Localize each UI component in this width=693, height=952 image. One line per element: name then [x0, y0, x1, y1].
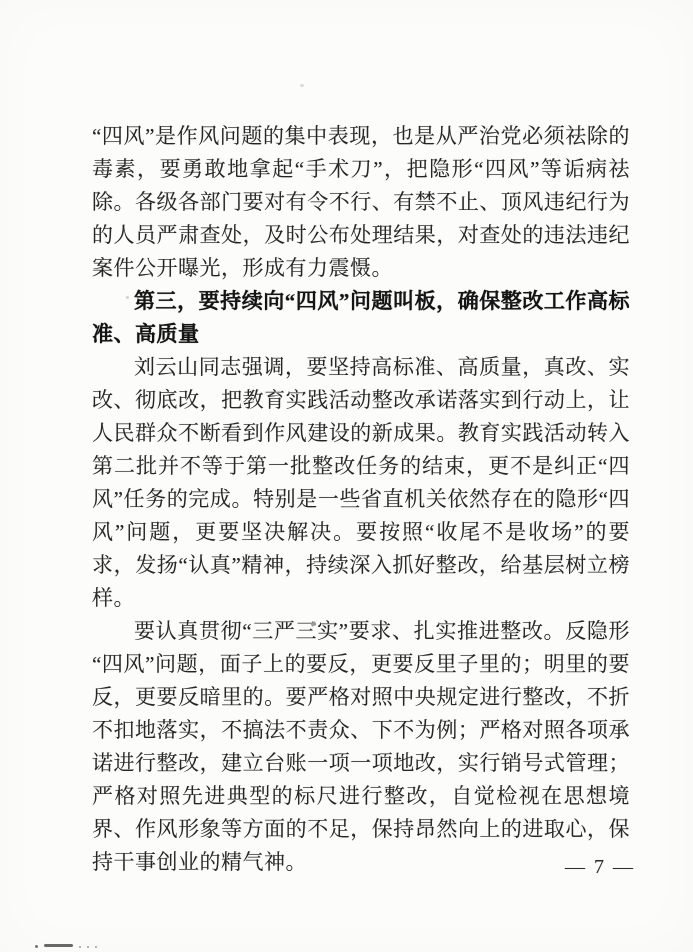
document-page: “四风”是作风问题的集中表现，也是从严治党必须祛除的毒素，要勇敢地拿起“手术刀”… — [0, 0, 693, 952]
scan-artifact-smudge — [44, 944, 73, 947]
scan-artifact-smudge — [35, 945, 38, 948]
section-heading: 第三，要持续向“四风”问题叫板，确保整改工作高标准、高质量 — [92, 285, 630, 351]
paragraph: 要认真贯彻“三严三实”要求、扎实推进整改。反隐形“四风”问题，面子上的要反，更要… — [92, 615, 630, 879]
scan-artifact-smudge — [79, 946, 99, 948]
paragraph: 刘云山同志强调，要坚持高标准、高质量，真改、实改、彻底改，把教育实践活动整改承诺… — [92, 351, 630, 615]
page-number: — 7 — — [565, 856, 635, 879]
scan-artifact-speck — [300, 84, 304, 87]
paragraph-continuation: “四风”是作风问题的集中表现，也是从严治党必须祛除的毒素，要勇敢地拿起“手术刀”… — [92, 120, 630, 285]
text-block: “四风”是作风问题的集中表现，也是从严治党必须祛除的毒素，要勇敢地拿起“手术刀”… — [92, 120, 630, 879]
